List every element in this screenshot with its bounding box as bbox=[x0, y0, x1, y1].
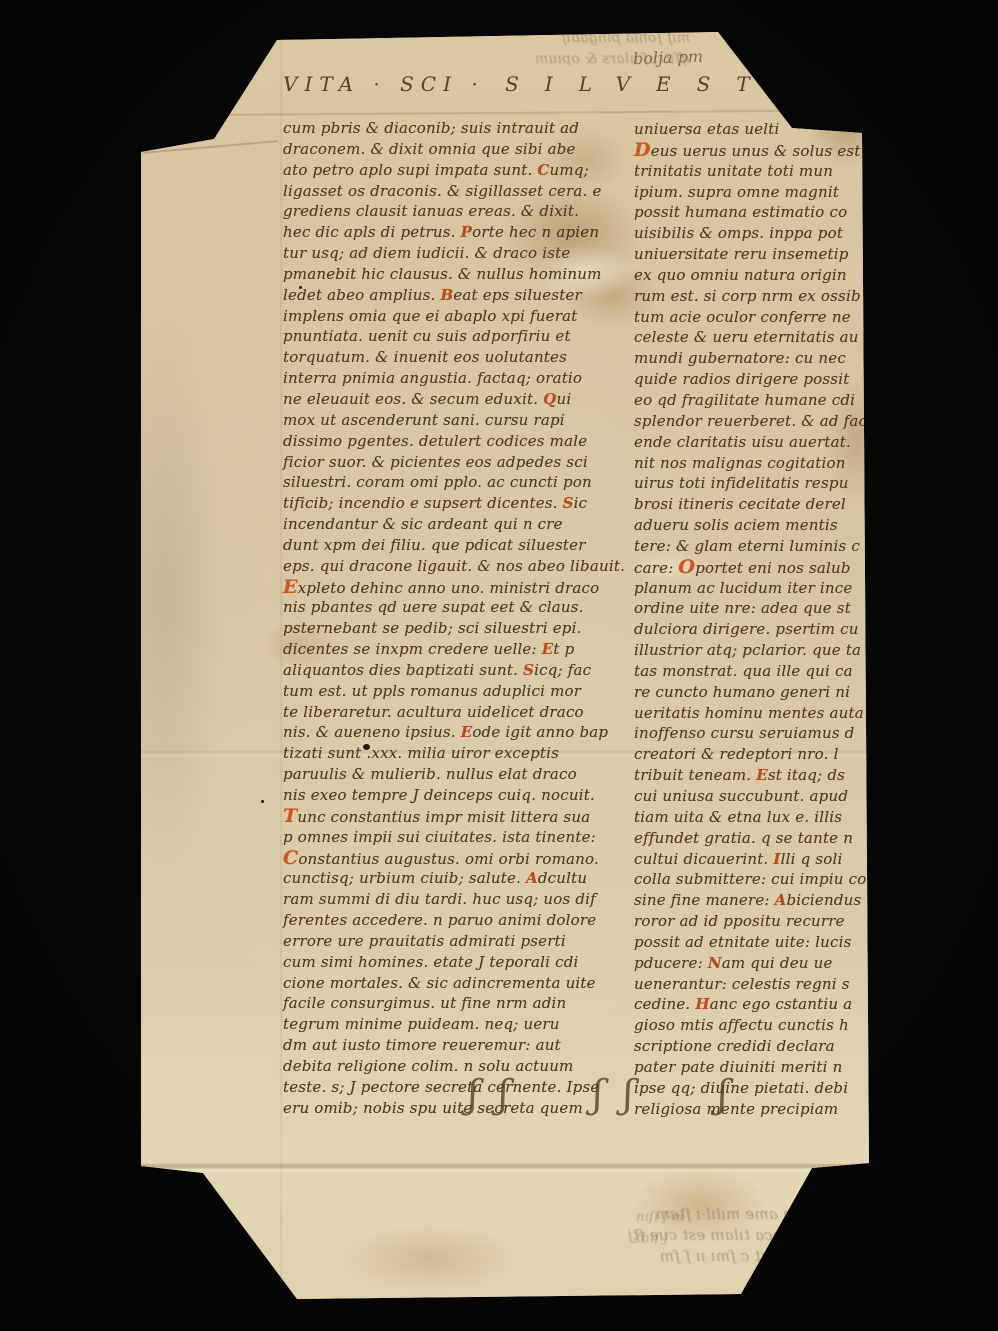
manuscript-line: implens omia que ei abaplo xpi fuerat bbox=[283, 306, 617, 327]
manuscript-line: torquatum. & inuenit eos uolutantes bbox=[283, 347, 617, 368]
manuscript-line: hec dic apls di petrus. Porte hec n apie… bbox=[283, 222, 617, 243]
manuscript-line: nit nos malignas cogitation bbox=[634, 453, 874, 474]
manuscript-line: facile consurgimus. ut fine nrm adin bbox=[283, 993, 617, 1014]
manuscript-line: possit ad etnitate uite: lucis bbox=[634, 932, 874, 953]
manuscript-line: brosi itineris cecitate derel bbox=[634, 494, 874, 515]
manuscript-line: creatori & redeptori nro. l bbox=[634, 744, 874, 765]
manuscript-line: dissimo pgentes. detulert codices male bbox=[283, 431, 617, 452]
manuscript-line: uisibilis & omps. inppa pot bbox=[634, 223, 874, 244]
manuscript-line: tere: & glam eterni luminis c bbox=[634, 536, 874, 557]
manuscript-line: ordine uite nre: adea que st bbox=[634, 598, 874, 619]
manuscript-line: nıſı ſ·m bbox=[636, 1208, 736, 1229]
manuscript-line: dulciora dirigere. psertim cu bbox=[634, 619, 874, 640]
manuscript-line: cedine. Hanc ego cstantiu a bbox=[634, 994, 874, 1015]
manuscript-line: ligasset os draconis. & sigillasset cera… bbox=[283, 181, 617, 202]
manuscript-line: psternebant se pedib; sci siluestri epi. bbox=[283, 618, 617, 639]
fold-crease-top bbox=[150, 110, 840, 117]
fold-crease-left-step bbox=[143, 140, 278, 154]
manuscript-line: mundi gubernatore: cu nec bbox=[634, 348, 874, 369]
manuscript-line: possit humana estimatio co bbox=[634, 202, 874, 223]
descender-flourishes: ʃʃ ʃʃ ʃ bbox=[468, 1072, 748, 1116]
manuscript-line: ne eleuauit eos. & secum eduxit. Qui bbox=[283, 389, 617, 410]
manuscript-line: care: Oportet eni nos salub bbox=[634, 557, 874, 578]
manuscript-line: dunt xpm dei filiu. que pdicat siluester bbox=[283, 535, 617, 556]
manuscript-line: scriptione credidi declara bbox=[634, 1036, 874, 1057]
manuscript-line: cultui dicauerint. Illi q soli bbox=[634, 849, 874, 870]
ink-speck bbox=[363, 744, 370, 750]
manuscript-line: quide radios dirigere possit bbox=[634, 369, 874, 390]
manuscript-line: cum simi homines. etate J teporali cdi bbox=[283, 952, 617, 973]
manuscript-line: ato petro aplo supi impata sunt. Cumq; bbox=[283, 160, 617, 181]
manuscript-line: ficior suor. & picientes eos adpedes sci bbox=[283, 452, 617, 473]
manuscript-line: aliquantos dies baptizati sunt. Sicq; fa… bbox=[283, 660, 617, 681]
manuscript-line: incendantur & sic ardeant qui n cre bbox=[283, 514, 617, 535]
manuscript-line: ferentes accedere. n paruo animi dolore bbox=[283, 910, 617, 931]
ink-speck bbox=[261, 800, 264, 803]
manuscript-line: mıſ ſonıa pıngabıſ bbox=[400, 28, 690, 49]
manuscript-page: mıſ ſonıa pıngabıſıſſıtruſ alars & opıum… bbox=[0, 0, 998, 1331]
manuscript-line: eo qd fragilitate humane cdi bbox=[634, 390, 874, 411]
left-text-column: cum pbris & diaconib; suis intrauit addr… bbox=[283, 118, 617, 1119]
manuscript-line: te liberaretur. acultura uidelicet draco bbox=[283, 702, 617, 723]
manuscript-line: pducere: Nam qui deu ue bbox=[634, 953, 874, 974]
manuscript-line: Tunc constantius impr misit littera sua bbox=[283, 806, 617, 827]
manuscript-line: thıſ j bbox=[636, 1229, 736, 1250]
manuscript-line: ſim ame mılıl·ı ſtam bbox=[368, 1204, 808, 1225]
manuscript-line: dm aut iusto timore reueremur: aut bbox=[283, 1035, 617, 1056]
right-text-column: uniuersa etas ueltiDeus uerus unus & sol… bbox=[634, 119, 874, 1120]
manuscript-line: splendor reuerberet. & ad fac bbox=[634, 411, 874, 432]
manuscript-line: colla submittere: cui impiu co bbox=[634, 869, 874, 890]
manuscript-line: interra pnimia angustia. factaq; oratio bbox=[283, 368, 617, 389]
manuscript-line: trinitatis unitate toti mun bbox=[634, 161, 874, 182]
manuscript-line: tum acie oculor conferre ne bbox=[634, 307, 874, 328]
showthrough-text-bottom: ſim ame mılıl·ı ſtamebreca tılam est cue… bbox=[368, 1204, 808, 1267]
manuscript-line: ex quo omniu natura origin bbox=[634, 265, 874, 286]
manuscript-line: pmanebit hic clausus. & nullus hominum bbox=[283, 264, 617, 285]
manuscript-line: siluestri. coram omi pplo. ac cuncti pon bbox=[283, 472, 617, 493]
manuscript-line: eps. qui dracone ligauit. & nos abeo lib… bbox=[283, 556, 617, 577]
manuscript-line: tegrum minime puideam. neq; ueru bbox=[283, 1014, 617, 1035]
manuscript-line: mox ut ascenderunt sani. cursu rapi bbox=[283, 410, 617, 431]
showthrough-text-bottom-right: nıſı ſ·mthıſ j bbox=[636, 1208, 736, 1250]
manuscript-line: ipium. supra omne magnit bbox=[634, 182, 874, 203]
manuscript-line: nis pbantes qd uere supat eet & claus. bbox=[283, 597, 617, 618]
manuscript-line: effundet gratia. q se tante n bbox=[634, 828, 874, 849]
manuscript-line: cione mortales. & sic adincrementa uite bbox=[283, 973, 617, 994]
manuscript-line: paruulis & mulierib. nullus elat draco bbox=[283, 764, 617, 785]
title-silvester: SILVESTR bbox=[505, 72, 817, 96]
manuscript-line: illustrior atq; pclarior. que ta bbox=[634, 640, 874, 661]
manuscript-line: uniuersa etas uelti bbox=[634, 119, 874, 140]
manuscript-line: Constantius augustus. omi orbi romano. bbox=[283, 848, 617, 869]
manuscript-line: nis. & aueneno ipsius. Eode igit anno ba… bbox=[283, 722, 617, 743]
manuscript-line: re cuncto humano generi ni bbox=[634, 682, 874, 703]
manuscript-line: Deus uerus unus & solus est bbox=[634, 140, 874, 161]
manuscript-line: cui uniusa succubunt. apud bbox=[634, 786, 874, 807]
manuscript-line: draconem. & dixit omnia que sibi abe bbox=[283, 139, 617, 160]
ink-speck bbox=[299, 286, 302, 289]
manuscript-line: tribuit teneam. Est itaq; ds bbox=[634, 765, 874, 786]
manuscript-line: ebreca tılam est cue ſtj bbox=[368, 1225, 808, 1246]
manuscript-line: ram summi di diu tardi. huc usq; uos dif bbox=[283, 889, 617, 910]
manuscript-line: tificib; incendio e supsert dicentes. Si… bbox=[283, 493, 617, 514]
manuscript-line: rum est. si corp nrm ex ossib bbox=[634, 286, 874, 307]
manuscript-line: cum pbris & diaconib; suis intrauit ad bbox=[283, 118, 617, 139]
manuscript-line: uirus toti infidelitatis respu bbox=[634, 473, 874, 494]
manuscript-line: gioso mtis affectu cunctis h bbox=[634, 1015, 874, 1036]
manuscript-line: p omnes impii sui ciuitates. ista tinent… bbox=[283, 827, 617, 848]
manuscript-line: ıaj amt c ſmı ıı ſ ſm bbox=[368, 1246, 808, 1267]
manuscript-line: tiam uita & etna lux e. illis bbox=[634, 807, 874, 828]
manuscript-line: tas monstrat. qua ille qui ca bbox=[634, 661, 874, 682]
manuscript-line: adueru solis aciem mentis bbox=[634, 515, 874, 536]
manuscript-line: tizati sunt .xxx. milia uiror exceptis bbox=[283, 743, 617, 764]
page-title: VITA · SCI · SILVESTR bbox=[283, 72, 817, 96]
folio-annotation: bolja pm bbox=[633, 47, 704, 68]
manuscript-line: sine fine manere: Abiciendus bbox=[634, 890, 874, 911]
manuscript-line: errore ure prauitatis admirati pserti bbox=[283, 931, 617, 952]
manuscript-line: tum est. ut ppls romanus aduplici mor bbox=[283, 681, 617, 702]
manuscript-line: roror ad id ppositu recurre bbox=[634, 911, 874, 932]
manuscript-line: planum ac lucidum iter ince bbox=[634, 578, 874, 599]
manuscript-line: uniuersitate reru insemetip bbox=[634, 244, 874, 265]
manuscript-line: ueritatis hominu mentes auta bbox=[634, 703, 874, 724]
manuscript-line: Expleto dehinc anno uno. ministri draco bbox=[283, 577, 617, 598]
manuscript-line: celeste & ueru eternitatis au bbox=[634, 327, 874, 348]
manuscript-line: grediens clausit ianuas ereas. & dixit. bbox=[283, 201, 617, 222]
manuscript-line: tur usq; ad diem iudicii. & draco iste bbox=[283, 243, 617, 264]
manuscript-line: cunctisq; urbium ciuib; salute. Adcultu bbox=[283, 868, 617, 889]
manuscript-line: inoffenso cursu seruiamus d bbox=[634, 723, 874, 744]
manuscript-line: nis exeo tempre J deinceps cuiq. nocuit. bbox=[283, 785, 617, 806]
manuscript-line: ledet abeo amplius. Beat eps siluester bbox=[283, 285, 617, 306]
title-vita-sci: VITA · SCI · bbox=[283, 72, 485, 96]
manuscript-line: ende claritatis uisu auertat. bbox=[634, 432, 874, 453]
manuscript-line: uenerantur: celestis regni s bbox=[634, 974, 874, 995]
manuscript-line: pnuntiata. uenit cu suis adporfiriu et bbox=[283, 326, 617, 347]
manuscript-line: dicentes se inxpm credere uelle: Et p bbox=[283, 639, 617, 660]
